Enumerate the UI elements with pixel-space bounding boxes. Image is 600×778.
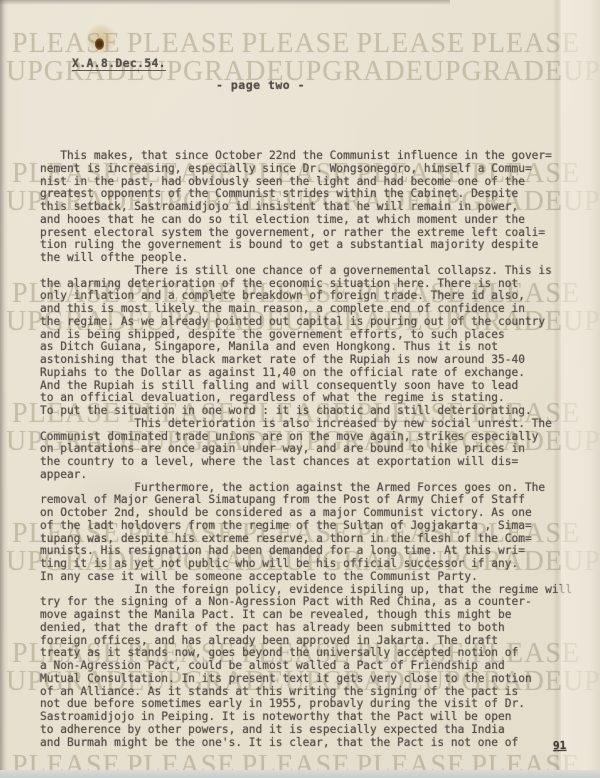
watermark-word: UPGRADE	[284, 58, 423, 86]
scan-edge-left	[0, 0, 8, 778]
document-reference: X.A.8.Dec.54.	[72, 56, 166, 71]
document-body-text: This makes, that since October 22nd the …	[40, 150, 572, 749]
watermark-word: PLEASE	[242, 30, 351, 58]
archive-page-mark: 91	[553, 739, 567, 752]
scan-edge-bottom	[0, 770, 600, 778]
page-number-label: - page two -	[216, 78, 305, 92]
watermark-word: PLEASE	[127, 30, 236, 58]
scan-edge-right-band	[561, 0, 600, 778]
scan-edge-top	[0, 0, 450, 5]
ink-stain	[95, 38, 104, 50]
paper-crease	[553, 0, 561, 778]
scanned-document-page: PLEASEPLEASEPLEASEPLEASEPLEASEUPGRADEUPG…	[0, 0, 600, 778]
watermark-word: PLEASE	[356, 30, 465, 58]
watermark-word: UPGRADE	[424, 58, 563, 86]
